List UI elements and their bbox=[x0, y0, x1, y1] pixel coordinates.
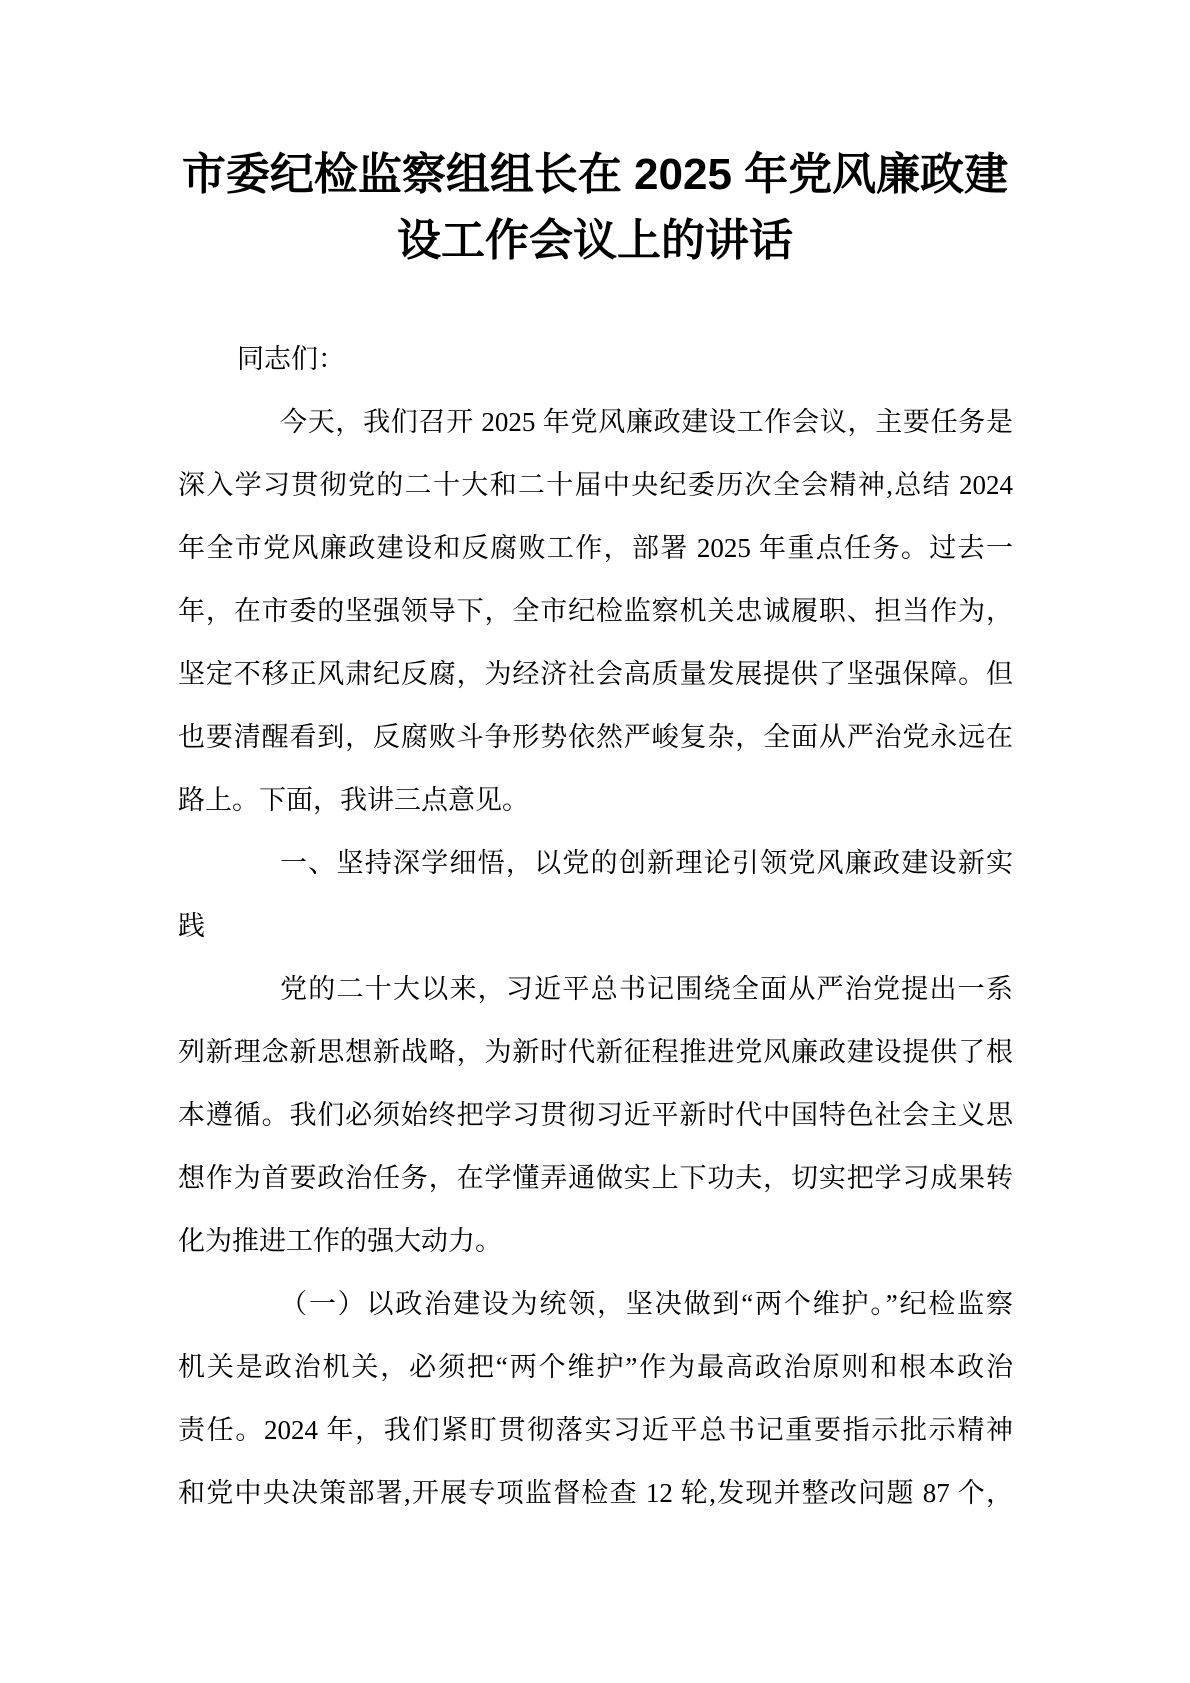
text-line: 化为推进工作的强大动力。 bbox=[178, 1210, 1013, 1273]
text-line: 一、坚持深学细悟，以党的创新理论引领党风廉政建设新实 bbox=[178, 832, 1013, 895]
text-line: 坚定不移正风肃纪反腐，为经济社会高质量发展提供了坚强保障。但 bbox=[178, 643, 1013, 706]
document-title-line-2: 设工作会议上的讲话 bbox=[150, 208, 1040, 274]
text-line: 本遵循。我们必须始终把学习贯彻习近平新时代中国特色社会主义思 bbox=[178, 1084, 1013, 1147]
text-line: 责任。2024 年，我们紧盯贯彻落实习近平总书记重要指示批示精神 bbox=[178, 1399, 1013, 1462]
text-line: 年，在市委的坚强领导下，全市纪检监察机关忠诚履职、担当作为， bbox=[178, 580, 1013, 643]
text-line: 路上。下面，我讲三点意见。 bbox=[178, 769, 1013, 832]
text-line: 今天，我们召开 2025 年党风廉政建设工作会议，主要任务是 bbox=[178, 391, 1013, 454]
text-line: 也要清醒看到，反腐败斗争形势依然严峻复杂，全面从严治党永远在 bbox=[178, 706, 1013, 769]
document-body: 同志们：今天，我们召开 2025 年党风廉政建设工作会议，主要任务是深入学习贯彻… bbox=[178, 328, 1013, 1525]
text-line: （一）以政治建设为统领，坚决做到“两个维护。”纪检监察 bbox=[178, 1273, 1013, 1336]
document-title-line-1: 市委纪检监察组组长在 2025 年党风廉政建 bbox=[150, 142, 1040, 208]
text-line: 党的二十大以来，习近平总书记围绕全面从严治党提出一系 bbox=[178, 958, 1013, 1021]
text-line: 同志们： bbox=[178, 328, 1013, 391]
document-title: 市委纪检监察组组长在 2025 年党风廉政建 设工作会议上的讲话 bbox=[150, 142, 1040, 274]
text-line: 和党中央决策部署,开展专项监督检查 12 轮,发现并整改问题 87 个， bbox=[178, 1462, 1013, 1525]
text-line: 列新理念新思想新战略，为新时代新征程推进党风廉政建设提供了根 bbox=[178, 1021, 1013, 1084]
text-line: 深入学习贯彻党的二十大和二十届中央纪委历次全会精神,总结 2024 bbox=[178, 454, 1013, 517]
text-line: 机关是政治机关，必须把“两个维护”作为最高政治原则和根本政治 bbox=[178, 1336, 1013, 1399]
document-page: 市委纪检监察组组长在 2025 年党风廉政建 设工作会议上的讲话 同志们：今天，… bbox=[0, 0, 1190, 1683]
text-line: 年全市党风廉政建设和反腐败工作，部署 2025 年重点任务。过去一 bbox=[178, 517, 1013, 580]
text-line: 想作为首要政治任务，在学懂弄通做实上下功夫，切实把学习成果转 bbox=[178, 1147, 1013, 1210]
text-line: 践 bbox=[178, 895, 1013, 958]
